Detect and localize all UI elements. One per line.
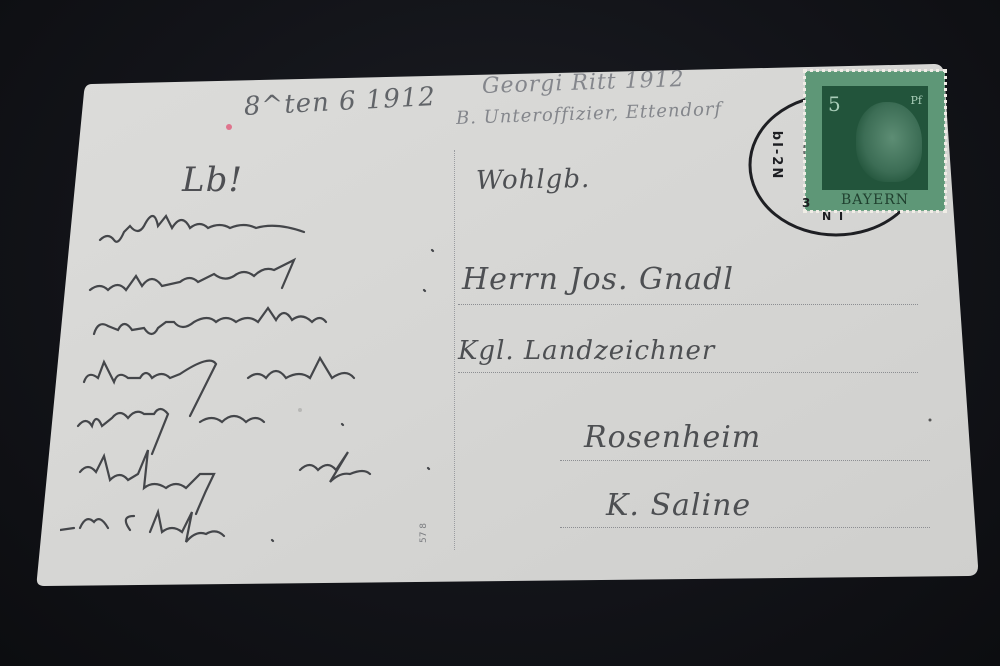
postage-stamp: 5 Pf BAYERN (806, 72, 944, 210)
shorthand-message (60, 210, 450, 570)
address-line-2 (458, 372, 918, 373)
recipient-street: K. Saline (606, 488, 751, 523)
recipient-title: Kgl. Landzeichner (458, 336, 715, 366)
pink-stain (226, 124, 232, 130)
recipient-city: Rosenheim (584, 420, 761, 455)
address-line-4 (560, 527, 930, 528)
portrait-icon (856, 102, 922, 182)
recipient-name: Herrn Jos. Gnadl (462, 262, 734, 297)
stamp-value: 5 (828, 92, 841, 116)
postmark-date: bI-2N (769, 131, 784, 180)
stamp-country: BAYERN (806, 192, 944, 208)
postmark-dot: 3 (802, 196, 812, 210)
address-line-3 (560, 460, 930, 461)
card-divider (454, 150, 455, 550)
stamp-unit: Pf (911, 94, 922, 107)
message-greeting: Lb! (182, 160, 243, 200)
address-line-1 (458, 304, 918, 305)
salutation: Wohlgb. (476, 164, 591, 196)
stamp-portrait-frame: 5 Pf (822, 86, 928, 190)
postmark-bottom: N I (822, 210, 845, 223)
photo-scene: 8^ten 6 1912 Georgi Ritt 1912 B. Unterof… (0, 0, 1000, 666)
printed-mark: 57 8 (419, 523, 429, 543)
